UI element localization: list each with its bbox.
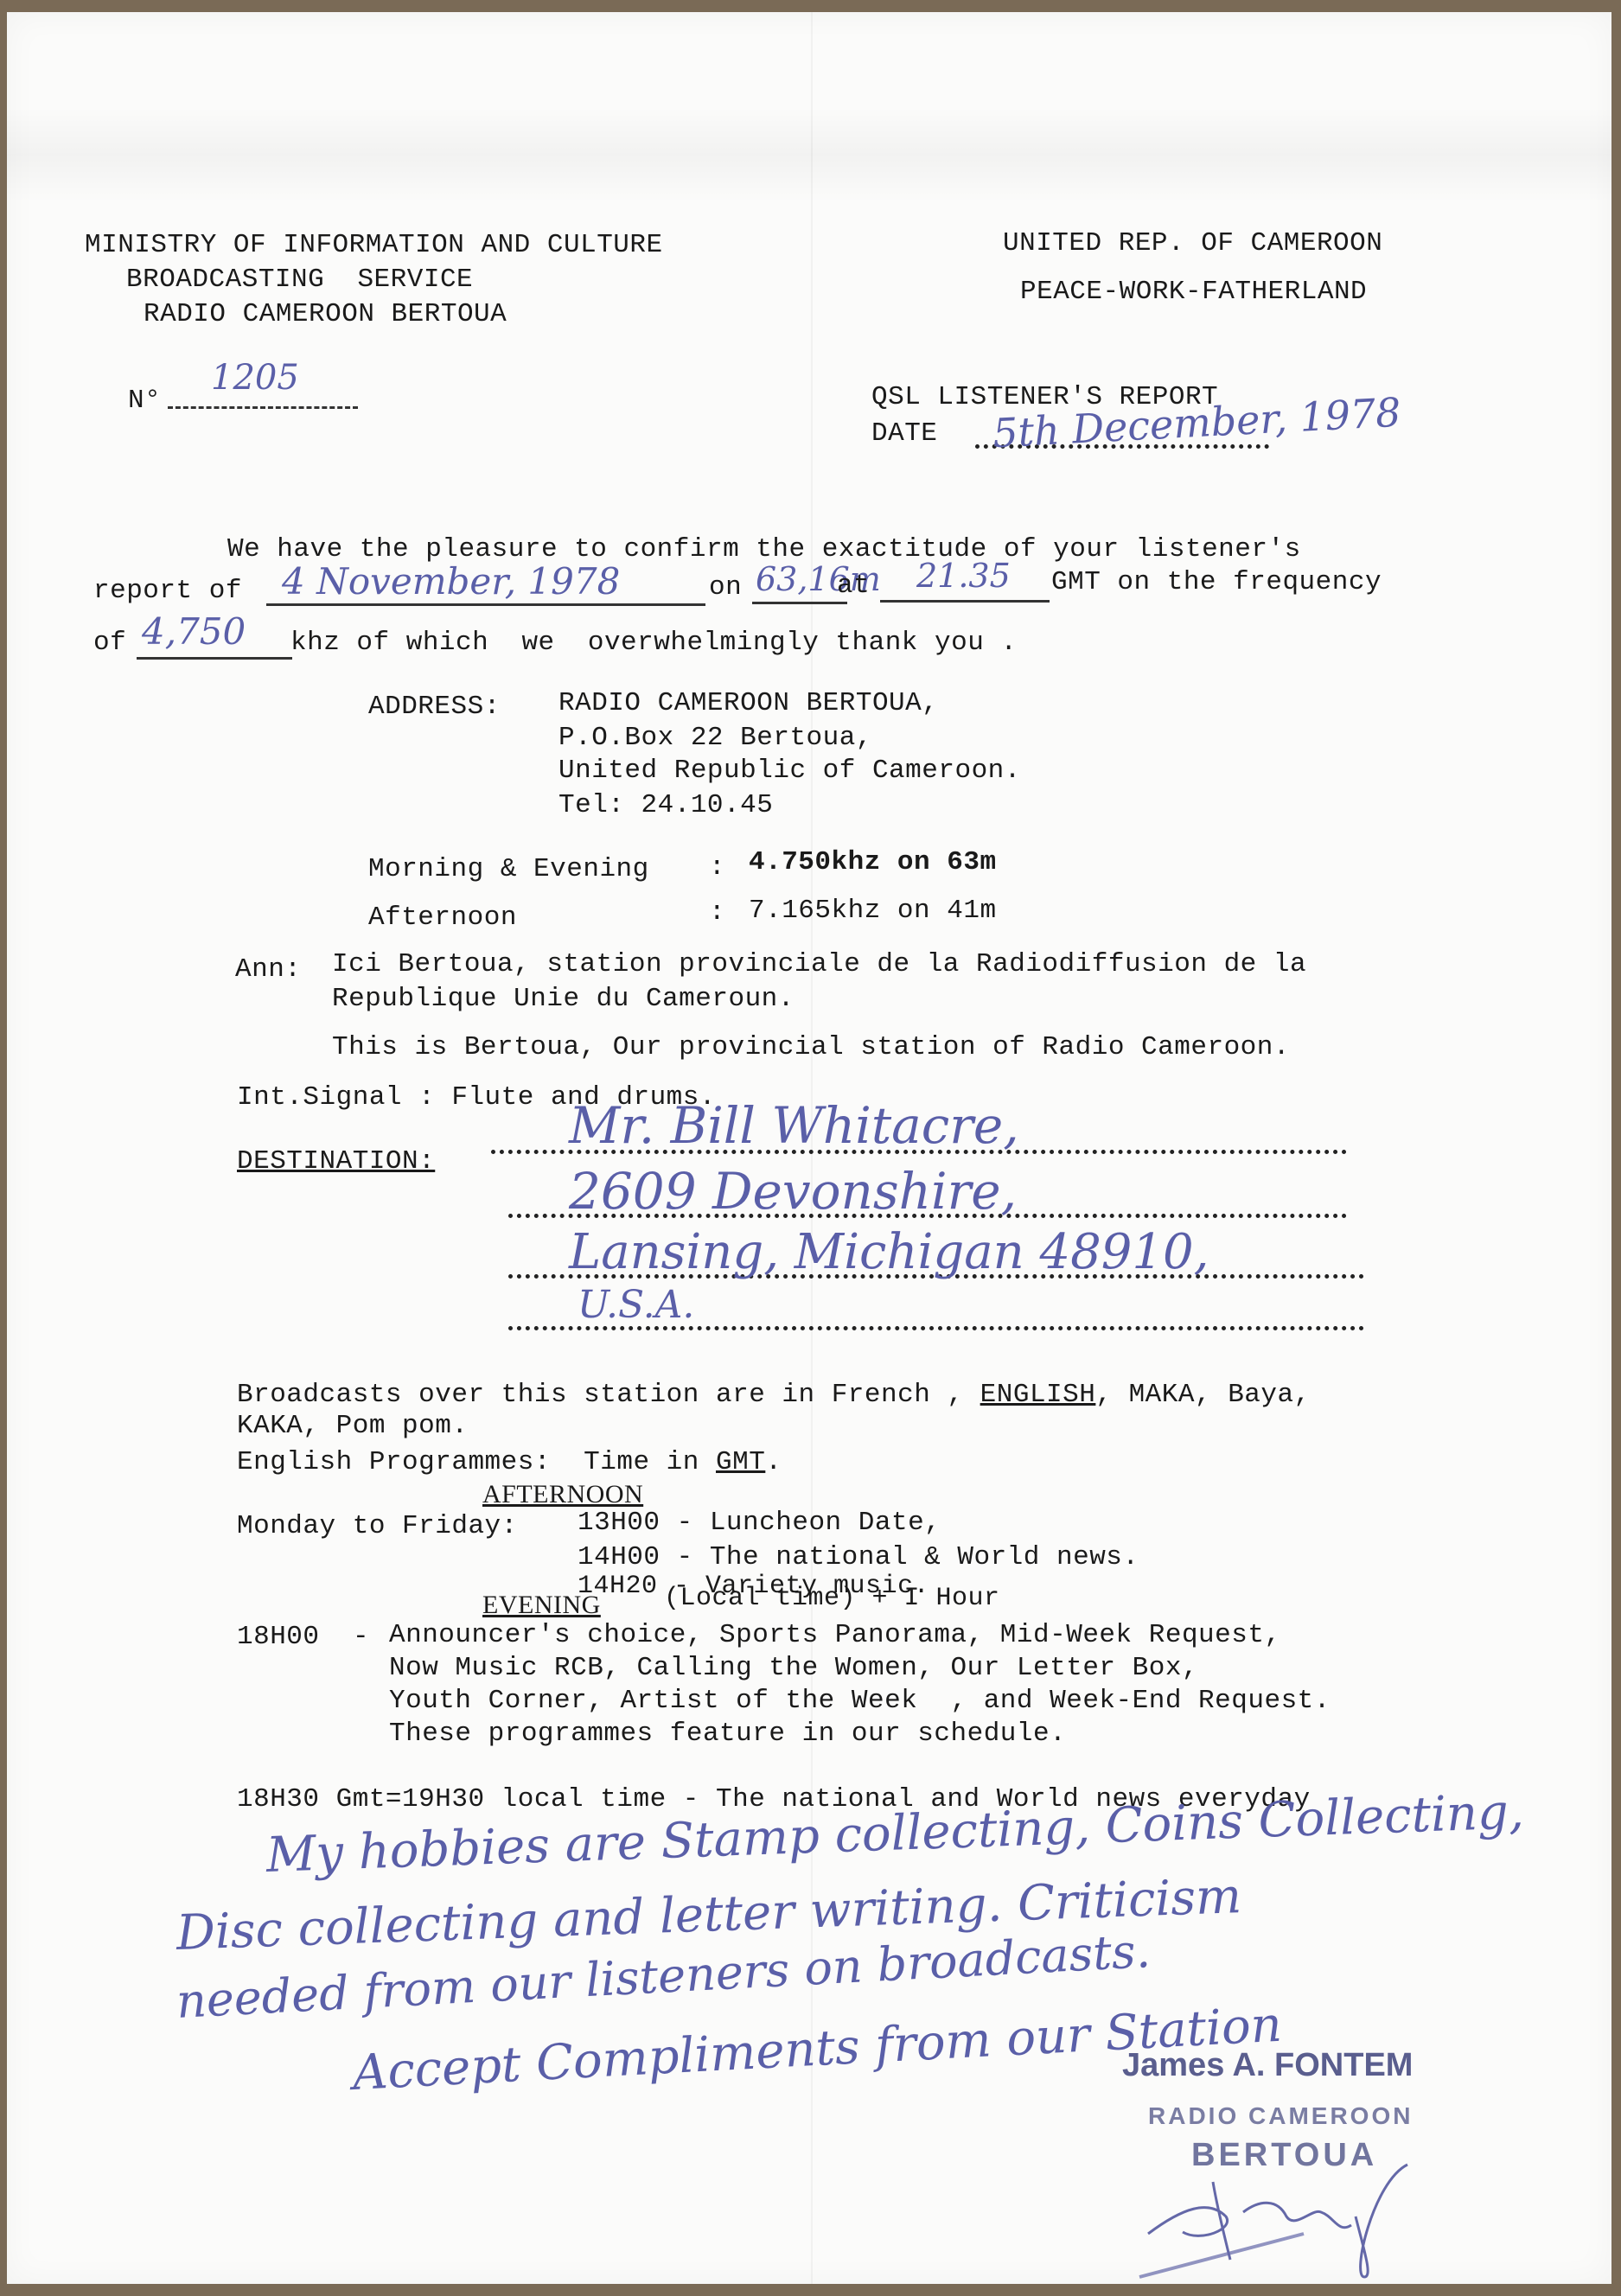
evening-programmes: Youth Corner, Artist of the Week , and W…	[389, 1686, 1331, 1716]
report-of-label: report of	[93, 576, 242, 606]
date-label: DATE	[871, 418, 937, 449]
evening-heading: EVENING	[482, 1591, 601, 1620]
address-line: P.O.Box 22 Bertoua,	[558, 723, 872, 753]
announcement-french-2: Republique Unie du Cameroun.	[332, 984, 795, 1014]
report-date-blank	[266, 603, 705, 606]
address-line: RADIO CAMEROON BERTOUA,	[558, 688, 938, 718]
band-blank	[752, 602, 847, 604]
destination-name: Mr. Bill Whitacre,	[569, 1096, 1019, 1155]
freq-label-morning: Morning & Evening	[368, 854, 649, 884]
languages-line2: KAKA, Pom pom.	[237, 1411, 468, 1441]
stamp-organization: RADIO CAMEROON	[1148, 2102, 1413, 2130]
number-blank	[168, 406, 358, 409]
address-label: ADDRESS:	[368, 692, 501, 722]
at-label: at	[837, 571, 870, 601]
announcement-label: Ann:	[235, 954, 301, 985]
freq-value-morning: 4.750khz on 63m	[749, 847, 997, 877]
address-phone: Tel: 24.10.45	[558, 790, 773, 820]
weekday-label: Monday to Friday:	[237, 1511, 518, 1541]
announcement-french-1: Ici Bertoua, station provinciale de la R…	[332, 949, 1306, 979]
station-title: RADIO CAMEROON BERTOUA	[144, 299, 507, 329]
evening-time: 18H00	[237, 1622, 320, 1652]
programme-item: 14H00 - The national & World news.	[578, 1542, 1139, 1572]
service-title: BROADCASTING SERVICE	[126, 265, 473, 295]
freq-label-afternoon: Afternoon	[368, 902, 517, 933]
programmes-heading: English Programmes: Time in GMT.	[237, 1447, 782, 1477]
of-label: of	[93, 628, 126, 658]
address-line: United Republic of Cameroon.	[558, 756, 1021, 786]
programme-item: 13H00 - Luncheon Date,	[578, 1508, 941, 1538]
time-value: 21.35	[916, 557, 1011, 595]
paper-fold	[7, 107, 1611, 202]
gmt-frequency-text: GMT on the frequency	[1051, 567, 1382, 597]
time-blank	[880, 600, 1050, 603]
on-label: on	[709, 572, 742, 603]
announcement-english: This is Bertoua, Our provincial station …	[332, 1032, 1290, 1062]
evening-programmes: Announcer's choice, Sports Panorama, Mid…	[389, 1620, 1281, 1650]
number-label: N°	[128, 386, 161, 416]
frequency-blank	[137, 657, 292, 660]
motto: PEACE-WORK-FATHERLAND	[1020, 277, 1367, 307]
report-date-value: 4 November, 1978	[282, 560, 620, 603]
ministry-title: MINISTRY OF INFORMATION AND CULTURE	[85, 230, 663, 260]
signature	[1131, 2147, 1425, 2286]
country-title: UNITED REP. OF CAMEROON	[1003, 228, 1382, 258]
evening-note: (Local time) + I Hour	[664, 1584, 1000, 1613]
destination-country: U.S.A.	[578, 1283, 694, 1327]
qsl-card-document: MINISTRY OF INFORMATION AND CULTURE BROA…	[7, 12, 1611, 2284]
signatory-name: James A. FONTEM	[1122, 2047, 1413, 2084]
number-value: 1205	[211, 358, 299, 398]
freq-value-afternoon: 7.165khz on 41m	[749, 896, 997, 926]
destination-street: 2609 Devonshire,	[569, 1162, 1017, 1221]
evening-programmes: These programmes feature in our schedule…	[389, 1719, 1066, 1749]
thank-you-text: khz of which we overwhelmingly thank you…	[290, 628, 1018, 658]
frequency-value: 4,750	[142, 610, 246, 653]
evening-programmes: Now Music RCB, Calling the Women, Our Le…	[389, 1653, 1198, 1683]
languages-line1: Broadcasts over this station are in Fren…	[237, 1380, 1311, 1410]
destination-city: Lansing, Michigan 48910,	[569, 1224, 1209, 1280]
destination-label: DESTINATION:	[237, 1146, 435, 1177]
afternoon-heading: AFTERNOON	[482, 1480, 643, 1509]
